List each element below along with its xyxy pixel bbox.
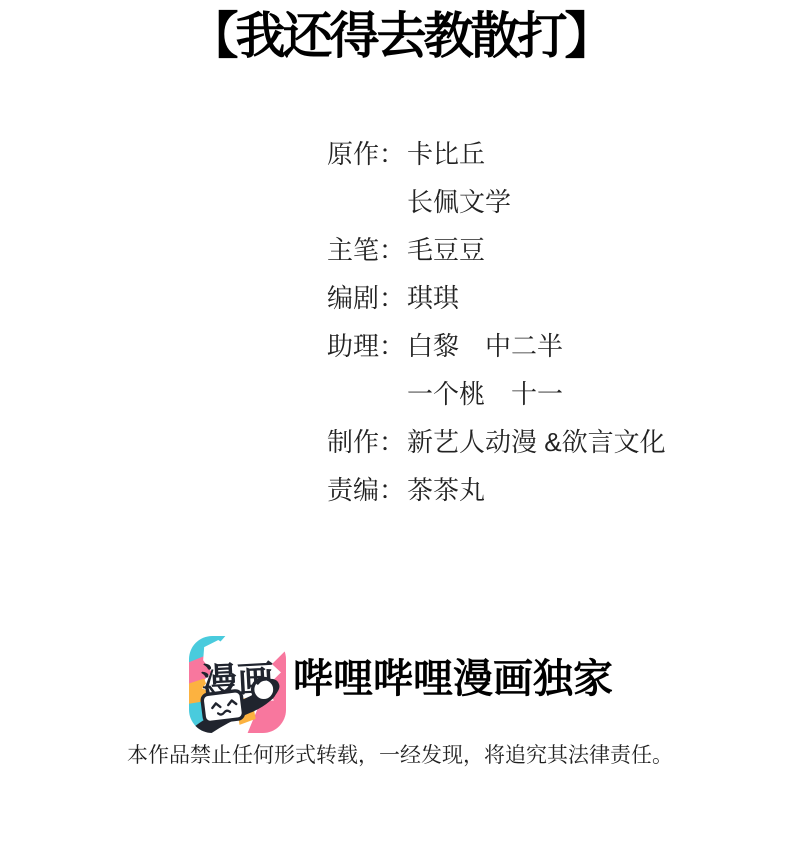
credit-value: 长佩文学 — [407, 182, 511, 219]
copyright-notice: 本作品禁止任何形式转载，一经发现，将追究其法律责任。 — [0, 739, 800, 769]
credit-row-screenwriter: 编剧： 琪琪 — [327, 272, 666, 320]
mascot-glove — [253, 678, 275, 700]
credit-value: 卡比丘 — [407, 134, 485, 171]
credit-value: 白黎 中二半 — [407, 326, 563, 363]
credit-row-original-work: 原作： 卡比丘 — [327, 128, 666, 176]
page-title: 【我还得去教散打】 — [0, 4, 800, 69]
credit-label: 编剧： — [327, 278, 407, 315]
credit-value: 毛豆豆 — [407, 230, 485, 267]
comic-credits-page: 【我还得去教散打】 原作： 卡比丘 长佩文学 主笔： 毛豆豆 编剧： 琪琪 助理… — [0, 0, 800, 855]
credit-row-production: 制作： 新艺人动漫 &欲言文化 — [327, 416, 666, 464]
credits-list: 原作： 卡比丘 长佩文学 主笔： 毛豆豆 编剧： 琪琪 助理： 白黎 中二半 一… — [327, 128, 666, 512]
credit-value: 一个桃 十一 — [407, 374, 563, 411]
tv-body — [202, 690, 245, 723]
publisher-row: 漫画 哔哩哔哩漫画独家 — [189, 636, 613, 733]
credit-row-editor: 责编： 茶茶丸 — [327, 464, 666, 512]
credit-row-assistants: 助理： 白黎 中二半 — [327, 320, 666, 368]
credit-label: 助理： — [327, 326, 407, 363]
credit-row-lead-artist: 主笔： 毛豆豆 — [327, 224, 666, 272]
credit-value: 茶茶丸 — [407, 470, 485, 507]
publisher-exclusive-text: 哔哩哔哩漫画独家 — [293, 647, 613, 704]
credit-value: 琪琪 — [407, 278, 459, 315]
credit-label: 主笔： — [327, 230, 407, 267]
credit-label: 责编： — [327, 470, 407, 507]
credit-label: 制作： — [327, 422, 407, 459]
credit-row-assistants-2: 一个桃 十一 — [327, 368, 666, 416]
credit-value: 新艺人动漫 &欲言文化 — [407, 422, 666, 459]
credit-row-original-work-2: 长佩文学 — [327, 176, 666, 224]
credit-label: 原作： — [327, 134, 407, 171]
bilibili-manga-logo-icon: 漫画 — [189, 636, 286, 733]
